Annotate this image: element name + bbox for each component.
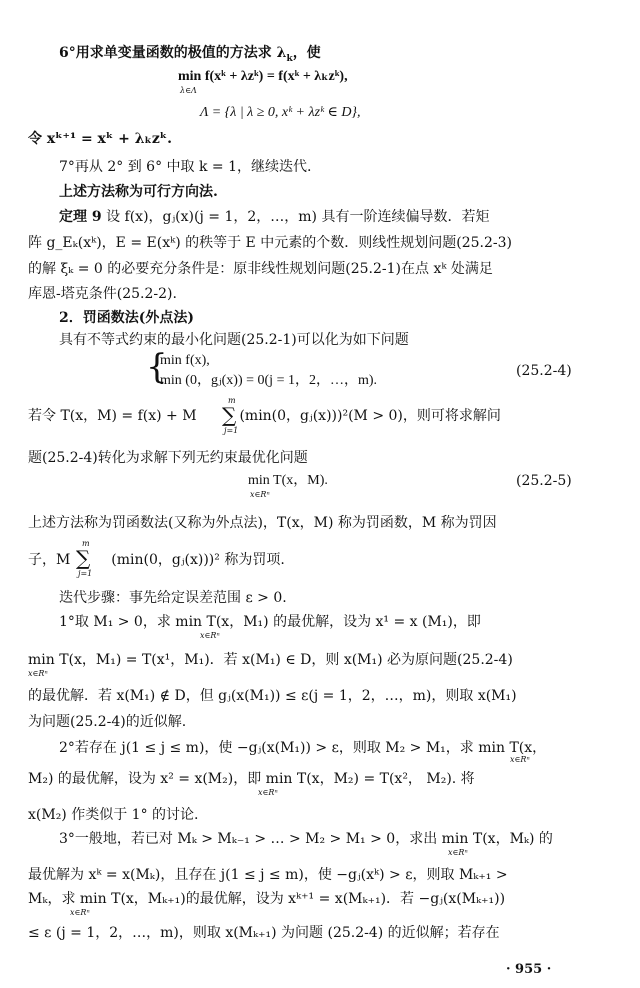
penalty-term-post: (min(0，gⱼ(x)))² 称为罚项. [111,552,285,568]
step-2-line-1: 2°若存在 j(1 ≤ j ≤ m)，使 −gⱼ(x(M₁)) > ε，则取 M… [59,739,546,757]
page-number: · 955 · [506,961,551,979]
penalty-def-post: (min(0，gⱼ(x)))²(M > 0)，则可将求解问 [239,408,500,424]
equation-min-line-search: min f(xᵏ + λzᵏ) = f(xᵏ + λₖzᵏ), [178,68,348,86]
penalty-method-definition: 上述方法称为罚函数法(又称为外点法)，T(x，M) 称为罚函数，M 称为罚因 [28,514,497,532]
equation-min-subscript: λ∈Λ [180,86,197,95]
step-1-line-2: min T(x，M₁) = T(x¹，M₁)．若 x(M₁) ∈ D，则 x(M… [28,651,513,669]
theorem-9-text-1: 设 f(x)，gⱼ(x)(j = 1，2，…，m) 具有一阶连续偏导数．若矩 [102,209,490,225]
theorem-9-line-3: 的解 ξₖ = 0 的必要充分条件是：原非线性规划问题(25.2-1)在点 xᵏ… [28,260,493,278]
penalty-term-definition: 子，M (min(0，gⱼ(x)))² 称为罚项. [28,551,285,569]
equation-unconstrained-subscript: x∈Rⁿ [250,490,270,499]
method-name-feasible-direction: 上述方法称为可行方向法. [59,183,218,201]
penalty-function-definition: 若令 T(x，M) = f(x) + M (min(0，gⱼ(x)))²(M >… [28,407,501,425]
equation-unconstrained-min: min T(x，M). [248,472,328,490]
equation-number-25-2-5: (25.2-5) [516,472,572,490]
equation-number-25-2-4: (25.2-4) [516,362,572,380]
step-3-min-subscript-2: x∈Rⁿ [70,908,90,917]
penalty-def-pre: 若令 T(x，M) = f(x) + M [28,408,197,424]
section-heading-penalty-method: 2．罚函数法(外点法) [59,309,194,327]
paragraph-inequality-constraint: 具有不等式约束的最小化问题(25.2-1)可以化为如下问题 [59,331,409,349]
step-7-text: 7°再从 2° 到 6° 中取 k = 1，继续迭代. [59,158,311,176]
theorem-9-line-1: 定理 9 设 f(x)，gⱼ(x)(j = 1，2，…，m) 具有一阶连续偏导数… [59,208,489,226]
equation-system-line-1: min f(x), [160,352,210,370]
theorem-9-label: 定理 9 [59,209,102,225]
paragraph-convert-unconstrained: 题(25.2-4)转化为求解下列无约束最优化问题 [28,449,308,467]
step-2-min-subscript: x∈Rⁿ [510,755,530,764]
equation-system-line-2: min (0，gⱼ(x)) = 0(j = 1，2，…，m). [160,372,377,390]
step-1-min-subscript: x∈Rⁿ [200,631,220,640]
step-3-line-3: Mₖ，求 min T(x，Mₖ₊₁)的最优解，设为 xᵏ⁺¹ = x(Mₖ₊₁)… [28,890,505,908]
update-rule: 令 xᵏ⁺¹ = xᵏ + λₖzᵏ. [28,130,172,148]
step-3-line-1: 3°一般地，若已对 Mₖ > Mₖ₋₁ > … > M₂ > M₁ > 0，求出… [59,830,553,848]
step-6-label: 6°用求单变量函数的极值的方法求 λ [59,45,286,61]
step-2-min-subscript-2: x∈Rⁿ [258,788,278,797]
theorem-9-line-4: 库恩-塔克条件(25.2-2). [28,285,177,303]
step-3-min-subscript: x∈Rⁿ [448,848,468,857]
step-2-line-3: x(M₂) 作类似于 1° 的讨论. [28,806,198,824]
step-2-line-2: M₂) 的最优解，设为 x² = x(M₂)，即 min T(x，M₂) = T… [28,770,475,788]
penalty-term-pre: 子，M [28,552,70,568]
summation-icon-2: ∑ [76,548,90,568]
step-1-min-subscript-2: x∈Rⁿ [28,669,48,678]
step-6-text: 6°用求单变量函数的极值的方法求 λk，使 [59,44,321,68]
step-1-line-1: 1°取 M₁ > 0，求 min T(x，M₁) 的最优解，设为 x¹ = x … [59,613,481,631]
step-6-tail: ，使 [293,45,321,61]
sum-lower-limit: j=1 [224,427,238,435]
step-3-line-2: 最优解为 xᵏ = x(Mₖ)，且存在 j(1 ≤ j ≤ m)，使 −gⱼ(x… [28,866,508,884]
equation-lambda-set: Λ = {λ | λ ≥ 0, xᵏ + λzᵏ ∈ D}, [200,104,361,122]
step-1-line-4: 为问题(25.2-4)的近似解. [28,713,186,731]
theorem-9-line-2: 阵 g_Eₖ(xᵏ)，E = E(xᵏ) 的秩等于 E 中元素的个数．则线性规划… [28,234,512,252]
step-3-line-4: ≤ ε (j = 1，2，…，m)，则取 x(Mₖ₊₁) 为问题 (25.2-4… [28,924,500,942]
summation-icon: ∑ [222,405,236,425]
step-1-line-3: 的最优解．若 x(M₁) ∉ D，但 gⱼ(x(M₁)) ≤ ε(j = 1，2… [28,687,517,705]
sum-lower-limit-2: j=1 [78,570,92,578]
iteration-steps-intro: 迭代步骤：事先给定误差范围 ε > 0. [59,589,287,607]
